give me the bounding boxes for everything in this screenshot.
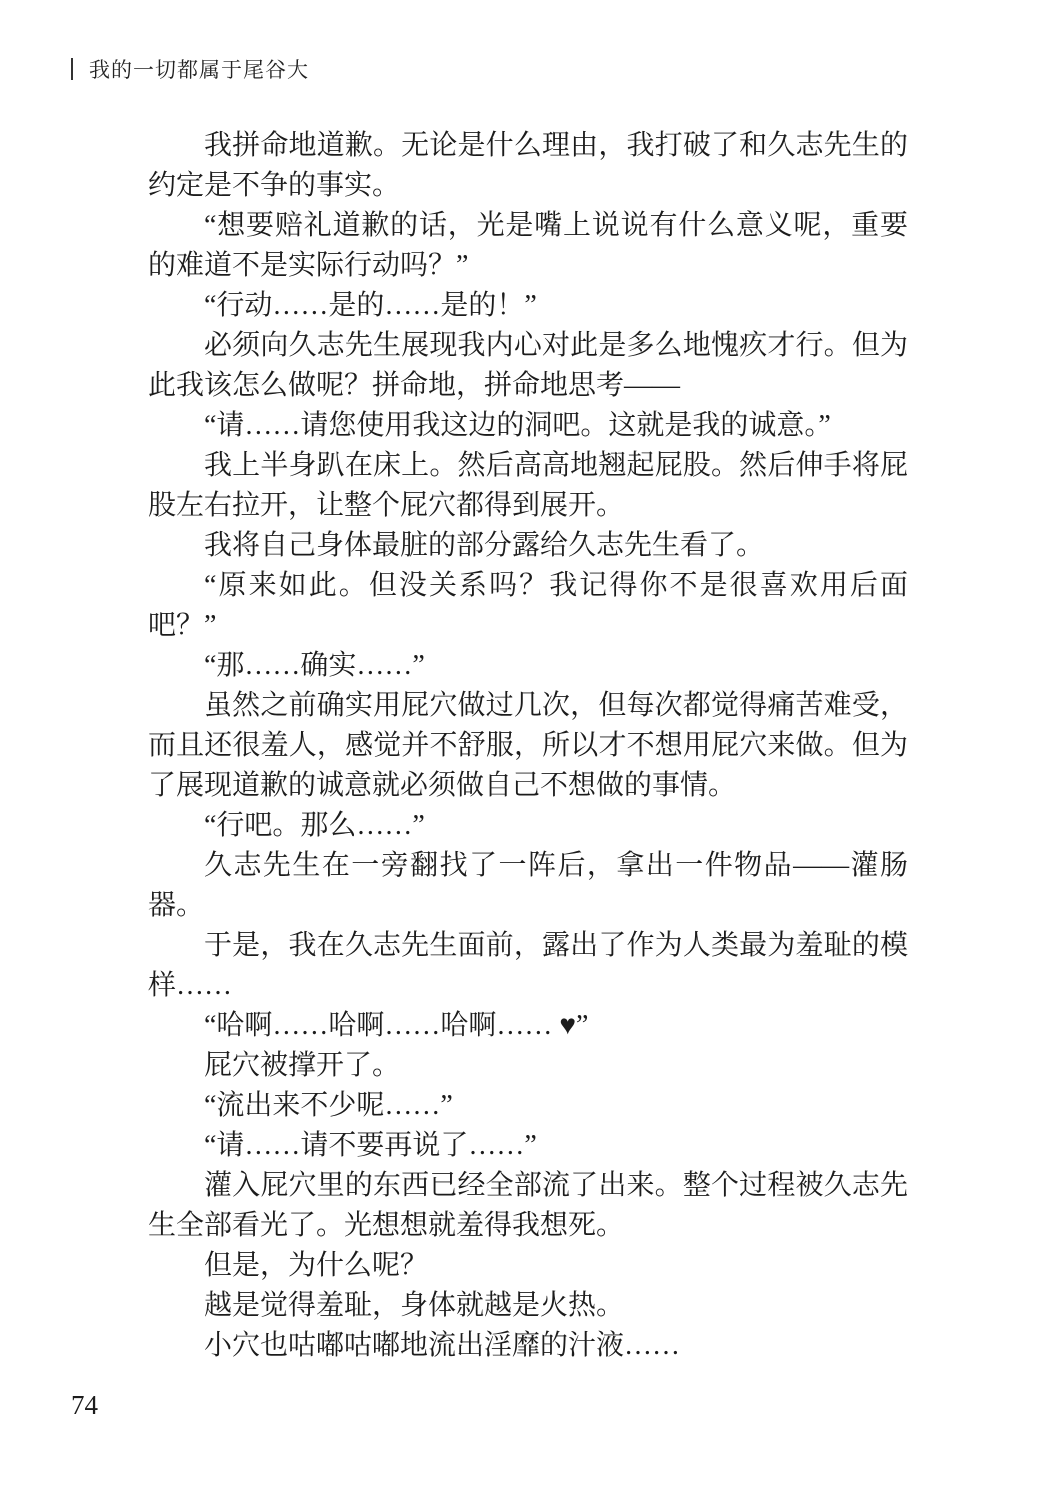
paragraph-10: 虽然之前确实用屁穴做过几次，但每次都觉得痛苦难受，而且还很羞人，感觉并不舒服，所… [148, 686, 908, 806]
page-number: 74 [71, 1390, 98, 1421]
paragraph-9: “那……确实……” [148, 646, 908, 686]
paragraph-3: “行动……是的……是的！” [148, 286, 908, 326]
paragraph-14: “哈啊……哈啊……哈啊…… ♥” [148, 1006, 908, 1046]
book-page: 我的一切都属于尾谷大 我拼命地道歉。无论是什么理由，我打破了和久志先生的约定是不… [0, 0, 1062, 1500]
paragraph-15: 屁穴被撑开了。 [148, 1046, 908, 1086]
paragraph-2: “想要赔礼道歉的话，光是嘴上说说有什么意义呢，重要的难道不是实际行动吗？” [148, 206, 908, 286]
paragraph-5: “请……请您使用我这边的洞吧。这就是我的诚意。” [148, 406, 908, 446]
paragraph-21: 小穴也咕嘟咕嘟地流出淫靡的汁液…… [148, 1326, 908, 1366]
paragraph-6: 我上半身趴在床上。然后高高地翘起屁股。然后伸手将屁股左右拉开，让整个屁穴都得到展… [148, 446, 908, 526]
header-title: 我的一切都属于尾谷大 [89, 54, 309, 84]
paragraph-8: “原来如此。但没关系吗？我记得你不是很喜欢用后面吧？” [148, 566, 908, 646]
paragraph-12: 久志先生在一旁翻找了一阵后，拿出一件物品——灌肠器。 [148, 846, 908, 926]
paragraph-16: “流出来不少呢……” [148, 1086, 908, 1126]
paragraph-19: 但是，为什么呢？ [148, 1246, 908, 1286]
paragraph-17: “请……请不要再说了……” [148, 1126, 908, 1166]
header-divider-bar [71, 58, 73, 80]
paragraph-20: 越是觉得羞耻，身体就越是火热。 [148, 1286, 908, 1326]
paragraph-18: 灌入屁穴里的东西已经全部流了出来。整个过程被久志先生全部看光了。光想想就羞得我想… [148, 1166, 908, 1246]
paragraph-4: 必须向久志先生展现我内心对此是多么地愧疚才行。但为此我该怎么做呢？拼命地，拼命地… [148, 326, 908, 406]
running-header: 我的一切都属于尾谷大 [71, 54, 309, 84]
paragraph-1: 我拼命地道歉。无论是什么理由，我打破了和久志先生的约定是不争的事实。 [148, 126, 908, 206]
paragraph-7: 我将自己身体最脏的部分露给久志先生看了。 [148, 526, 908, 566]
paragraph-13: 于是，我在久志先生面前，露出了作为人类最为羞耻的模样…… [148, 926, 908, 1006]
body-text: 我拼命地道歉。无论是什么理由，我打破了和久志先生的约定是不争的事实。“想要赔礼道… [148, 126, 908, 1366]
paragraph-11: “行吧。那么……” [148, 806, 908, 846]
